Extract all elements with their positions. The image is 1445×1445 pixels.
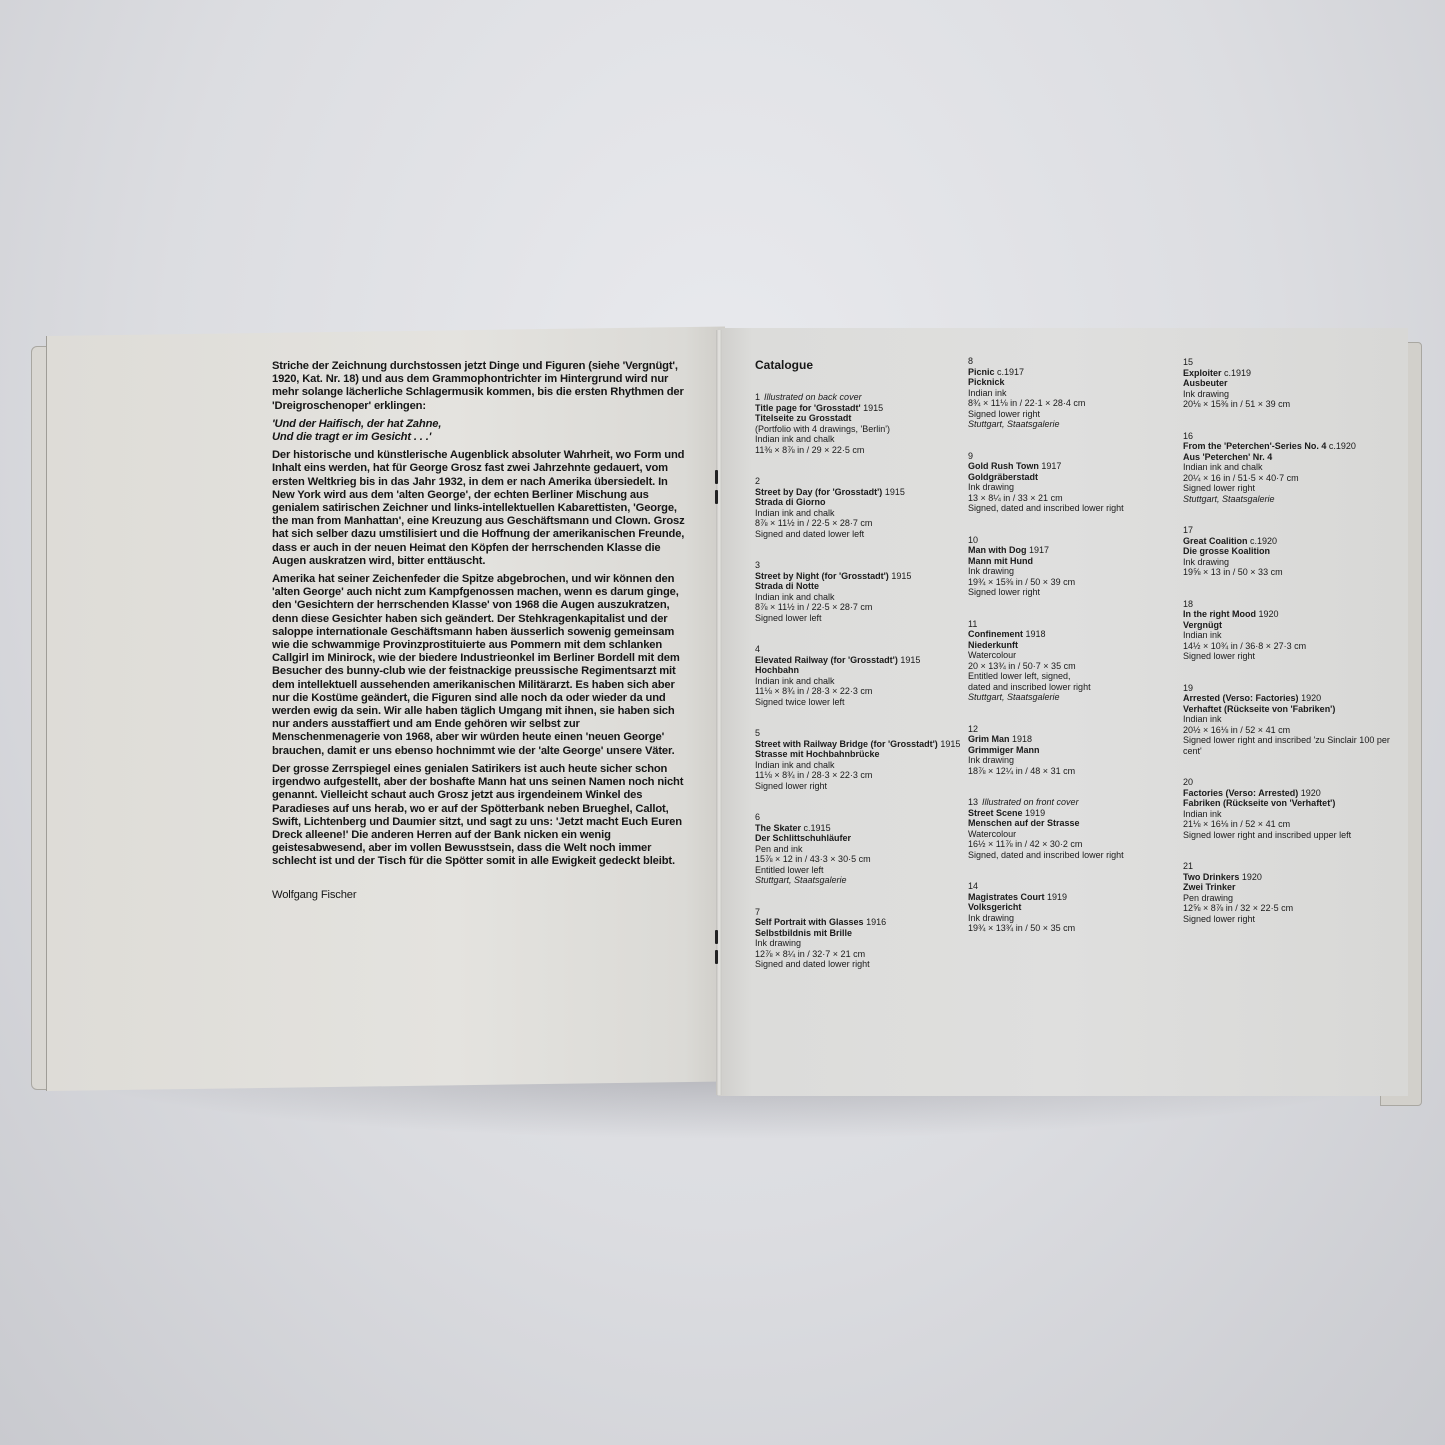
catalogue-entry: 11Confinement 1918NiederkunftWatercolour… <box>968 619 1178 703</box>
entry-year: 1920 <box>1301 693 1321 703</box>
entry-detail: Signed lower right and inscribed 'zu Sin… <box>1183 735 1393 756</box>
entry-detail: Indian ink <box>968 388 1178 399</box>
entry-detail: Watercolour <box>968 829 1178 840</box>
entry-title-line: Exploiter c.1919 <box>1183 368 1393 379</box>
entry-detail: Signed lower right and inscribed upper l… <box>1183 830 1393 841</box>
entry-german-title: Hochbahn <box>755 665 965 676</box>
entry-german-title: Aus 'Peterchen' Nr. 4 <box>1183 452 1393 463</box>
staple <box>715 470 718 484</box>
entry-detail: 8¾ × 11⅛ in / 22·1 × 28·4 cm <box>968 398 1178 409</box>
entry-header: 2 <box>755 476 965 487</box>
entry-title: Magistrates Court <box>968 892 1045 902</box>
entry-number: 3 <box>755 560 760 570</box>
catalogue-entry: 21Two Drinkers 1920Zwei TrinkerPen drawi… <box>1183 861 1393 924</box>
entry-header: 4 <box>755 644 965 655</box>
entry-detail: Signed lower left <box>755 613 965 624</box>
entry-german-title: Menschen auf der Strasse <box>968 818 1178 829</box>
entry-year: 1915 <box>891 571 911 581</box>
entry-number: 8 <box>968 356 973 366</box>
entry-german-title: Strada di Notte <box>755 581 965 592</box>
entry-detail: 14½ × 10¾ in / 36·8 × 27·3 cm <box>1183 641 1393 652</box>
entry-header: 3 <box>755 560 965 571</box>
entry-german-title: Grimmiger Mann <box>968 745 1178 756</box>
entry-detail: (Portfolio with 4 drawings, 'Berlin') <box>755 424 965 435</box>
entry-detail: Signed, dated and inscribed lower right <box>968 503 1178 514</box>
entry-title: The Skater <box>755 823 801 833</box>
entry-number: 9 <box>968 451 973 461</box>
entry-detail: Entitled lower left <box>755 865 965 876</box>
entry-number: 21 <box>1183 861 1193 871</box>
entry-detail: 20¼ × 16 in / 51·5 × 40·7 cm <box>1183 473 1393 484</box>
entry-detail: Ink drawing <box>968 482 1178 493</box>
entry-number: 10 <box>968 535 978 545</box>
entry-detail: Signed and dated lower left <box>755 529 965 540</box>
entry-detail: Ink drawing <box>1183 389 1393 400</box>
entry-detail: Ink drawing <box>755 938 965 949</box>
entry-detail: Ink drawing <box>968 913 1178 924</box>
catalogue-column-2: 8Picnic c.1917PicknickIndian ink8¾ × 11⅛… <box>968 356 1178 955</box>
entry-detail: 19⅝ × 13 in / 50 × 33 cm <box>1183 567 1393 578</box>
entry-title: Picnic <box>968 367 995 377</box>
entry-collection: Stuttgart, Staatsgalerie <box>968 692 1178 703</box>
entry-number: 5 <box>755 728 760 738</box>
entry-number: 17 <box>1183 525 1193 535</box>
catalogue-heading: Catalogue <box>755 358 813 372</box>
entry-year: 1919 <box>1047 892 1067 902</box>
entry-german-title: Selbstbildnis mit Brille <box>755 928 965 939</box>
entry-title: Street by Night (for 'Grosstadt') <box>755 571 889 581</box>
entry-title-line: Title page for 'Grosstadt' 1915 <box>755 403 965 414</box>
entry-number: 19 <box>1183 683 1193 693</box>
entry-title-line: The Skater c.1915 <box>755 823 965 834</box>
entry-detail: Indian ink and chalk <box>755 434 965 445</box>
entry-detail: Indian ink and chalk <box>755 592 965 603</box>
entry-number: 6 <box>755 812 760 822</box>
entry-number: 12 <box>968 724 978 734</box>
entry-year: 1917 <box>1041 461 1061 471</box>
entry-detail: Signed lower right <box>1183 483 1393 494</box>
catalogue-entry: 1Illustrated on back coverTitle page for… <box>755 392 965 455</box>
entry-year: 1918 <box>1012 734 1032 744</box>
entry-header: 15 <box>1183 357 1393 368</box>
entry-detail: 13 × 8¼ in / 33 × 21 cm <box>968 493 1178 504</box>
catalogue-entry: 7Self Portrait with Glasses 1916Selbstbi… <box>755 907 965 970</box>
staple <box>715 490 718 504</box>
entry-german-title: Mann mit Hund <box>968 556 1178 567</box>
entry-title-line: Picnic c.1917 <box>968 367 1178 378</box>
essay-paragraph: Amerika hat seiner Zeichenfeder die Spit… <box>272 573 687 758</box>
entry-number: 13 <box>968 797 978 807</box>
entry-title: Great Coalition <box>1183 536 1248 546</box>
entry-number: 15 <box>1183 357 1193 367</box>
entry-german-title: Titelseite zu Grosstadt <box>755 413 965 424</box>
catalogue-entry: 3Street by Night (for 'Grosstadt') 1915S… <box>755 560 965 623</box>
quote-line: 'Und der Haifisch, der hat Zahne, <box>272 418 687 431</box>
entry-german-title: Der Schlittschuhläufer <box>755 833 965 844</box>
entry-number: 11 <box>968 619 977 629</box>
entry-german-title: Strasse mit Hochbahnbrücke <box>755 749 965 760</box>
entry-title-line: Grim Man 1918 <box>968 734 1178 745</box>
entry-year: 1915 <box>900 655 920 665</box>
entry-year: c.1920 <box>1329 441 1356 451</box>
catalogue-column-3: 15Exploiter c.1919AusbeuterInk drawing20… <box>1183 357 1393 945</box>
entry-collection: Stuttgart, Staatsgalerie <box>755 875 965 886</box>
entry-title: Street Scene <box>968 808 1023 818</box>
entry-detail: Indian ink and chalk <box>755 676 965 687</box>
entry-german-title: Vergnügt <box>1183 620 1393 631</box>
catalogue-entry: 20Factories (Verso: Arrested) 1920Fabrik… <box>1183 777 1393 840</box>
entry-german-title: Zwei Trinker <box>1183 882 1393 893</box>
catalogue-column-1: 1Illustrated on back coverTitle page for… <box>755 392 965 991</box>
entry-german-title: Goldgräberstadt <box>968 472 1178 483</box>
entry-number: 16 <box>1183 431 1193 441</box>
entry-detail: Signed and dated lower right <box>755 959 965 970</box>
entry-title-line: From the 'Peterchen'-Series No. 4 c.1920 <box>1183 441 1393 452</box>
entry-year: 1919 <box>1025 808 1045 818</box>
entry-detail: 20 × 13¾ in / 50·7 × 35 cm <box>968 661 1178 672</box>
entry-title-line: Confinement 1918 <box>968 629 1178 640</box>
entry-title-line: Great Coalition c.1920 <box>1183 536 1393 547</box>
entry-detail: Indian ink and chalk <box>755 760 965 771</box>
entry-detail: Indian ink <box>1183 714 1393 725</box>
entry-title-line: Elevated Railway (for 'Grosstadt') 1915 <box>755 655 965 666</box>
entry-number: 4 <box>755 644 760 654</box>
entry-title: Street with Railway Bridge (for 'Grossta… <box>755 739 938 749</box>
catalogue-entry: 5Street with Railway Bridge (for 'Grosst… <box>755 728 965 791</box>
entry-title-line: Street by Night (for 'Grosstadt') 1915 <box>755 571 965 582</box>
catalogue-entry: 6The Skater c.1915Der Schlittschuhläufer… <box>755 812 965 886</box>
entry-year: 1920 <box>1242 872 1262 882</box>
entry-year: 1916 <box>866 917 886 927</box>
entry-header: 5 <box>755 728 965 739</box>
entry-german-title: Volksgericht <box>968 902 1178 913</box>
entry-german-title: Ausbeuter <box>1183 378 1393 389</box>
entry-year: 1917 <box>1029 545 1049 555</box>
entry-detail: Signed twice lower left <box>755 697 965 708</box>
entry-detail: Entitled lower left, signed, <box>968 671 1178 682</box>
entry-title-line: Street with Railway Bridge (for 'Grossta… <box>755 739 965 750</box>
entry-year: 1915 <box>885 487 905 497</box>
quote-line: Und die tragt er im Gesicht . . .' <box>272 431 687 444</box>
entry-detail: 11⅜ × 8⅞ in / 29 × 22·5 cm <box>755 445 965 456</box>
entry-detail: 16½ × 11⅞ in / 42 × 30·2 cm <box>968 839 1178 850</box>
entry-detail: Ink drawing <box>968 566 1178 577</box>
catalogue-entry: 9Gold Rush Town 1917GoldgräberstadtInk d… <box>968 451 1178 514</box>
entry-title: Self Portrait with Glasses <box>755 917 864 927</box>
entry-year: c.1917 <box>997 367 1024 377</box>
entry-title: Factories (Verso: Arrested) <box>1183 788 1298 798</box>
entry-header: 6 <box>755 812 965 823</box>
entry-collection: Stuttgart, Staatsgalerie <box>1183 494 1393 505</box>
catalogue-entry: 17Great Coalition c.1920Die grosse Koali… <box>1183 525 1393 578</box>
staple <box>715 930 718 944</box>
entry-detail: Pen drawing <box>1183 893 1393 904</box>
catalogue-entry: 8Picnic c.1917PicknickIndian ink8¾ × 11⅛… <box>968 356 1178 430</box>
entry-detail: 11⅛ × 8¾ in / 28·3 × 22·3 cm <box>755 686 965 697</box>
entry-title: Elevated Railway (for 'Grosstadt') <box>755 655 898 665</box>
entry-detail: 15⅞ × 12 in / 43·3 × 30·5 cm <box>755 854 965 865</box>
entry-note: Illustrated on back cover <box>764 392 862 402</box>
entry-year: c.1915 <box>804 823 831 833</box>
entry-number: 14 <box>968 881 978 891</box>
entry-detail: dated and inscribed lower right <box>968 682 1178 693</box>
essay-text: Striche der Zeichnung durchstossen jetzt… <box>272 360 687 907</box>
entry-detail: Watercolour <box>968 650 1178 661</box>
entry-detail: Indian ink and chalk <box>755 508 965 519</box>
catalogue-entry: 10Man with Dog 1917Mann mit HundInk draw… <box>968 535 1178 598</box>
catalogue-entry: 18In the right Mood 1920VergnügtIndian i… <box>1183 599 1393 662</box>
entry-detail: Indian ink and chalk <box>1183 462 1393 473</box>
entry-detail: Ink drawing <box>968 755 1178 766</box>
entry-title-line: Self Portrait with Glasses 1916 <box>755 917 965 928</box>
entry-title-line: Magistrates Court 1919 <box>968 892 1178 903</box>
catalogue-entry: 16From the 'Peterchen'-Series No. 4 c.19… <box>1183 431 1393 505</box>
entry-year: c.1920 <box>1250 536 1277 546</box>
entry-title-line: Street Scene 1919 <box>968 808 1178 819</box>
catalogue-entry: 14Magistrates Court 1919VolksgerichtInk … <box>968 881 1178 934</box>
essay-author: Wolfgang Fischer <box>272 889 687 902</box>
entry-german-title: Die grosse Koalition <box>1183 546 1393 557</box>
entry-year: 1915 <box>940 739 960 749</box>
book-spine <box>716 330 722 1095</box>
entry-header: 18 <box>1183 599 1393 610</box>
entry-detail: Signed, dated and inscribed lower right <box>968 850 1178 861</box>
entry-german-title: Niederkunft <box>968 640 1178 651</box>
catalogue-entry: 2Street by Day (for 'Grosstadt') 1915Str… <box>755 476 965 539</box>
entry-number: 18 <box>1183 599 1193 609</box>
entry-detail: 20½ × 16⅛ in / 52 × 41 cm <box>1183 725 1393 736</box>
entry-header: 12 <box>968 724 1178 735</box>
entry-detail: 8⅞ × 11½ in / 22·5 × 28·7 cm <box>755 602 965 613</box>
entry-collection: Stuttgart, Staatsgalerie <box>968 419 1178 430</box>
entry-detail: Signed lower right <box>968 587 1178 598</box>
essay-paragraph: Striche der Zeichnung durchstossen jetzt… <box>272 360 687 413</box>
essay-paragraph: Der historische und künstlerische Augenb… <box>272 449 687 568</box>
entry-header: 1Illustrated on back cover <box>755 392 965 403</box>
entry-title: Two Drinkers <box>1183 872 1239 882</box>
entry-header: 20 <box>1183 777 1393 788</box>
catalogue-entry: 13Illustrated on front coverStreet Scene… <box>968 797 1178 860</box>
entry-title: Man with Dog <box>968 545 1027 555</box>
catalogue-entry: 15Exploiter c.1919AusbeuterInk drawing20… <box>1183 357 1393 410</box>
entry-note: Illustrated on front cover <box>982 797 1079 807</box>
entry-header: 9 <box>968 451 1178 462</box>
entry-detail: Signed lower right <box>1183 651 1393 662</box>
entry-detail: Ink drawing <box>1183 557 1393 568</box>
entry-detail: Pen and ink <box>755 844 965 855</box>
entry-title: Confinement <box>968 629 1023 639</box>
entry-title: Street by Day (for 'Grosstadt') <box>755 487 882 497</box>
entry-detail: 18⅞ × 12¼ in / 48 × 31 cm <box>968 766 1178 777</box>
entry-number: 2 <box>755 476 760 486</box>
entry-header: 19 <box>1183 683 1393 694</box>
entry-detail: 12⅞ × 8¼ in / 32·7 × 21 cm <box>755 949 965 960</box>
entry-detail: 19¾ × 13¾ in / 50 × 35 cm <box>968 923 1178 934</box>
entry-header: 14 <box>968 881 1178 892</box>
entry-title: Grim Man <box>968 734 1010 744</box>
entry-title-line: Factories (Verso: Arrested) 1920 <box>1183 788 1393 799</box>
catalogue-entry: 12Grim Man 1918Grimmiger MannInk drawing… <box>968 724 1178 777</box>
entry-detail: 12⅝ × 8⅞ in / 32 × 22·5 cm <box>1183 903 1393 914</box>
entry-detail: Indian ink <box>1183 630 1393 641</box>
entry-german-title: Verhaftet (Rückseite von 'Fabriken') <box>1183 704 1393 715</box>
entry-german-title: Picknick <box>968 377 1178 388</box>
entry-title-line: Man with Dog 1917 <box>968 545 1178 556</box>
entry-year: c.1919 <box>1224 368 1251 378</box>
entry-detail: 8⅞ × 11½ in / 22·5 × 28·7 cm <box>755 518 965 529</box>
essay-paragraph: Der grosse Zerrspiegel eines genialen Sa… <box>272 763 687 869</box>
entry-header: 13Illustrated on front cover <box>968 797 1178 808</box>
entry-title-line: In the right Mood 1920 <box>1183 609 1393 620</box>
entry-header: 7 <box>755 907 965 918</box>
entry-header: 10 <box>968 535 1178 546</box>
entry-number: 7 <box>755 907 760 917</box>
entry-detail: Signed lower right <box>1183 914 1393 925</box>
entry-number: 20 <box>1183 777 1193 787</box>
entry-title: Arrested (Verso: Factories) <box>1183 693 1299 703</box>
entry-header: 17 <box>1183 525 1393 536</box>
entry-german-title: Fabriken (Rückseite von 'Verhaftet') <box>1183 798 1393 809</box>
entry-title-line: Arrested (Verso: Factories) 1920 <box>1183 693 1393 704</box>
entry-year: 1920 <box>1259 609 1279 619</box>
entry-year: 1918 <box>1026 629 1046 639</box>
entry-header: 21 <box>1183 861 1393 872</box>
entry-number: 1 <box>755 392 760 402</box>
entry-detail: 20⅛ × 15⅜ in / 51 × 39 cm <box>1183 399 1393 410</box>
entry-detail: 21⅛ × 16⅛ in / 52 × 41 cm <box>1183 819 1393 830</box>
entry-detail: Indian ink <box>1183 809 1393 820</box>
entry-title-line: Gold Rush Town 1917 <box>968 461 1178 472</box>
entry-title-line: Two Drinkers 1920 <box>1183 872 1393 883</box>
entry-header: 16 <box>1183 431 1393 442</box>
entry-german-title: Strada di Giorno <box>755 497 965 508</box>
entry-detail: Signed lower right <box>755 781 965 792</box>
staple <box>715 950 718 964</box>
entry-detail: 19¾ × 15⅜ in / 50 × 39 cm <box>968 577 1178 588</box>
entry-detail: 11⅛ × 8¾ in / 28·3 × 22·3 cm <box>755 770 965 781</box>
entry-year: 1920 <box>1301 788 1321 798</box>
entry-year: 1915 <box>863 403 883 413</box>
entry-detail: Signed lower right <box>968 409 1178 420</box>
entry-title: Title page for 'Grosstadt' <box>755 403 861 413</box>
entry-header: 8 <box>968 356 1178 367</box>
catalogue-entry: 4Elevated Railway (for 'Grosstadt') 1915… <box>755 644 965 707</box>
entry-title: In the right Mood <box>1183 609 1256 619</box>
entry-title: Gold Rush Town <box>968 461 1039 471</box>
catalogue-entry: 19Arrested (Verso: Factories) 1920Verhaf… <box>1183 683 1393 757</box>
entry-header: 11 <box>968 619 1178 630</box>
essay-quote: 'Und der Haifisch, der hat Zahne, Und di… <box>272 418 687 444</box>
entry-title-line: Street by Day (for 'Grosstadt') 1915 <box>755 487 965 498</box>
entry-title: Exploiter <box>1183 368 1222 378</box>
entry-title: From the 'Peterchen'-Series No. 4 <box>1183 441 1326 451</box>
